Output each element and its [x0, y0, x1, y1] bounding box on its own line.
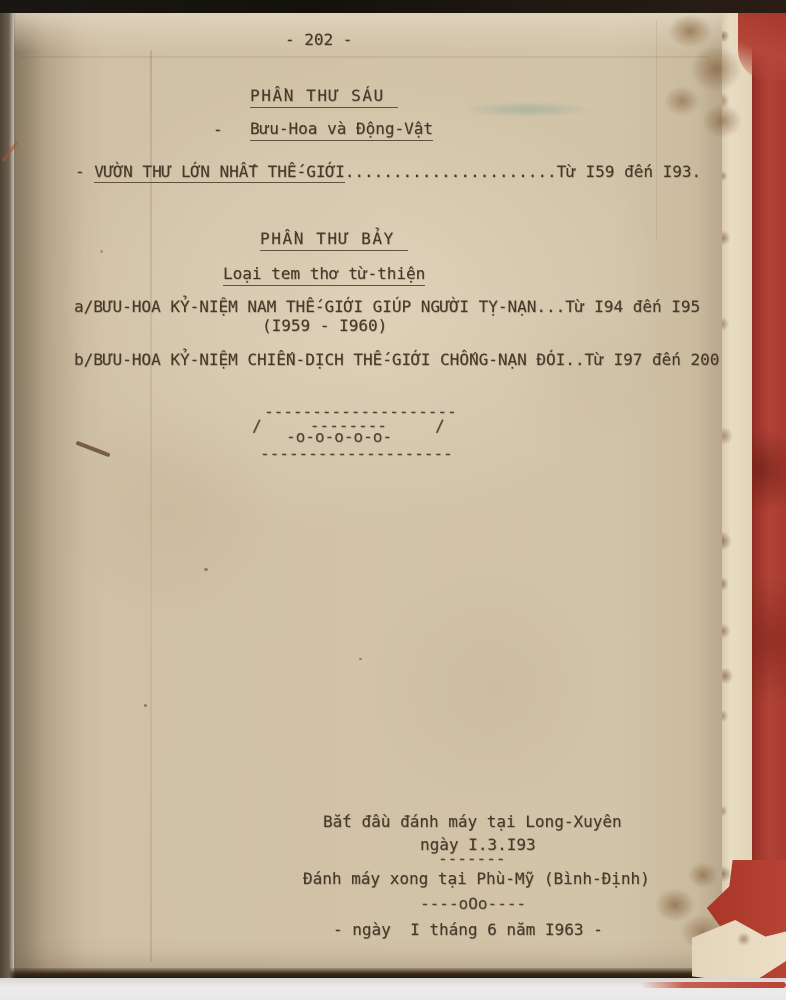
toc-item-a-years: (I959 - I960)	[262, 316, 387, 336]
part-seven-subheading: Loại tem thơ từ-thiện	[223, 264, 425, 286]
toc-item-a: a/BƯU-HOA KỶ-NIỆM NAM THẾ-GIỚI GIÚP NGƯỜ…	[74, 297, 700, 317]
horizontal-crease	[20, 56, 710, 58]
toc-entry-page-range: Từ I59 đến I93.	[557, 162, 702, 181]
colophon-start-place: Bắt đầu đánh máy tại Long-Xuyên	[323, 812, 622, 832]
scanned-book-page: - 202 - PHẦN THƯ SÁU - Bưu-Hoa và Động-V…	[0, 0, 786, 1000]
stain-top-right	[664, 86, 700, 116]
vertical-crease-right	[656, 20, 657, 240]
part-six-sub-dash: -	[213, 120, 223, 140]
page-number: - 202 -	[285, 30, 352, 50]
colophon-rule-1: -------	[438, 849, 505, 869]
part-seven-heading: PHẦN THƯ BẢY	[260, 229, 408, 251]
paper-speck	[144, 704, 147, 707]
part-six-heading: PHẦN THƯ SÁU	[250, 86, 398, 108]
colophon-rule-2: ----oOo----	[420, 894, 526, 914]
colophon-final-date: - ngày I tháng 6 năm I963 -	[333, 920, 603, 940]
toc-entry-title: VƯỜN THƯ LỚN NHẤT THẾ-GIỚI	[94, 162, 344, 183]
divider-line-4: --------------------	[260, 444, 453, 464]
book-top-edge	[0, 0, 786, 13]
stain-top-right	[702, 104, 742, 138]
red-cover-bottom-streak	[640, 982, 786, 988]
vertical-crease-left	[150, 50, 152, 962]
paper-speck	[100, 250, 103, 253]
colophon-finish-place: Đánh máy xong tại Phù-Mỹ (Bình-Định)	[303, 869, 650, 889]
paper-speck	[204, 568, 208, 571]
page-bottom-edge	[8, 968, 712, 978]
stain-top-right	[690, 46, 742, 92]
paper-page: - 202 - PHẦN THƯ SÁU - Bưu-Hoa và Động-V…	[14, 10, 722, 976]
top-fold-highlight	[14, 10, 722, 52]
toc-entry-dot-leader: ......................	[345, 162, 557, 181]
paper-speck	[359, 658, 362, 660]
toc-item-b: b/BƯU-HOA KỶ-NIỆM CHIẾN-DỊCH THẾ-GIỚI CH…	[74, 350, 719, 370]
toc-entry-garden: - VƯỜN THƯ LỚN NHẤT THẾ-GIỚI............…	[75, 162, 701, 182]
part-six-subheading: Bưu-Hoa và Động-Vật	[250, 119, 433, 141]
toc-entry-dash: -	[75, 162, 94, 181]
stain-top-right	[668, 14, 712, 48]
page-gutter-shadow	[14, 10, 84, 976]
stain-bottom-right	[688, 862, 718, 888]
blue-ink-smudge	[459, 102, 595, 117]
